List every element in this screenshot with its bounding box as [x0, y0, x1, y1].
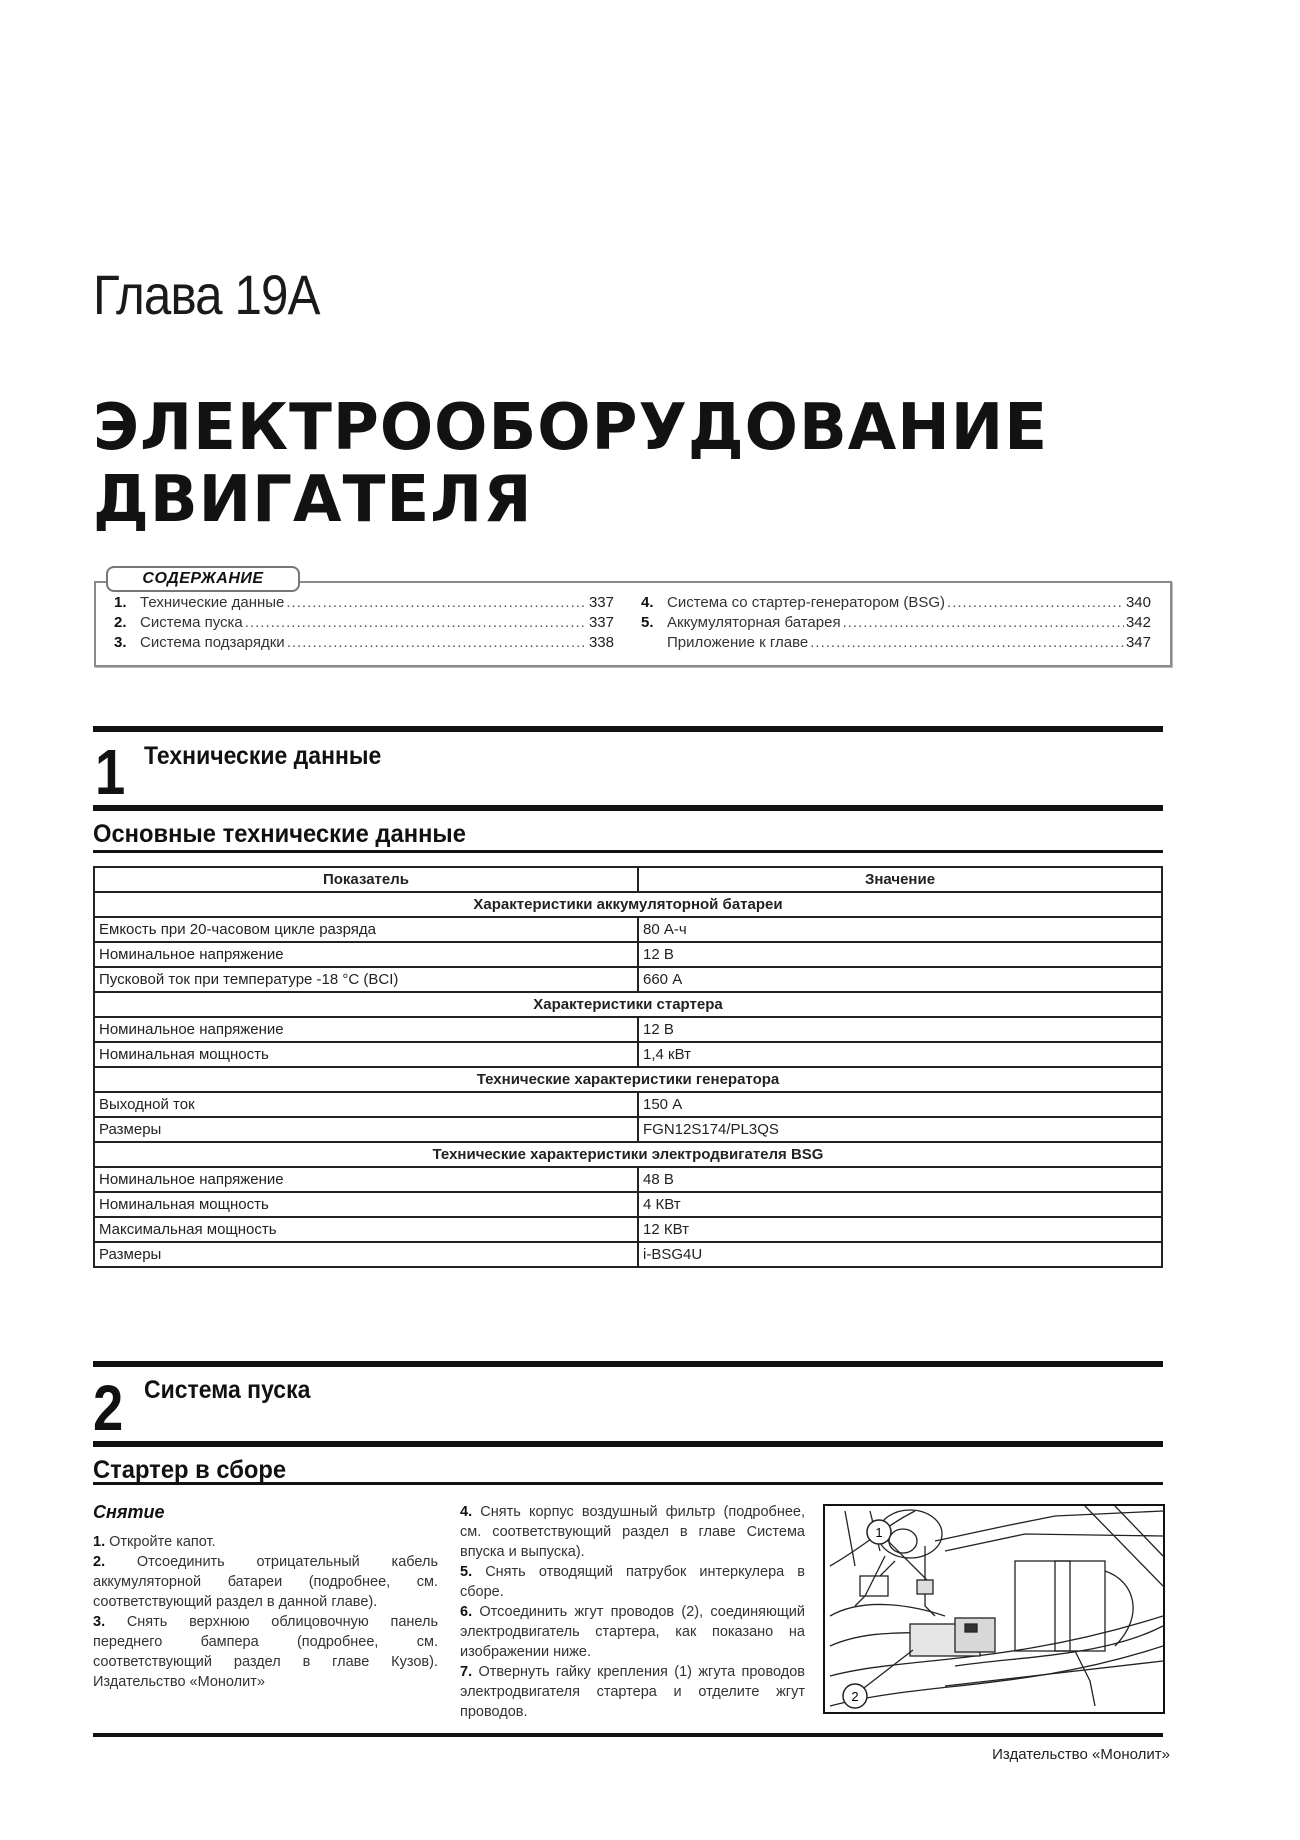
chapter-label: Глава 19A [93, 262, 320, 327]
section2-number: 2 [93, 1376, 123, 1440]
table-group-row: Технические характеристики генератора [94, 1067, 1162, 1092]
table-cell-value: 4 КВт [638, 1192, 1162, 1217]
step-text: Отвернуть гайку крепления (1) жгута пров… [460, 1664, 805, 1720]
callout-2: 2 [851, 1689, 858, 1704]
table-row: Номинальная мощность1,4 кВт [94, 1042, 1162, 1067]
callout-1: 1 [875, 1525, 882, 1540]
section1-subtitle: Основные технические данные [93, 820, 466, 849]
toc-right-column: 4.Система со стартер-генератором (BSG)34… [641, 593, 1151, 653]
section1-bottom-rule [93, 805, 1163, 811]
chapter-title: ЭЛЕКТРООБОРУДОВАНИЕ ДВИГАТЕЛЯ [93, 392, 1048, 536]
step-number: 4. [460, 1504, 472, 1520]
table-row: Номинальная мощность4 КВт [94, 1192, 1162, 1217]
section1-top-rule [93, 726, 1163, 732]
removal-step: 7. Отвернуть гайку крепления (1) жгута п… [460, 1662, 805, 1722]
removal-step: 2. Отсоединить отрицательный кабель акку… [93, 1552, 438, 1612]
table-group-title: Технические характеристики генератора [94, 1067, 1162, 1092]
toc-item[interactable]: 3.Система подзарядки338 [114, 633, 614, 653]
toc-leader-dots [810, 633, 1124, 653]
section2-subtitle-rule [93, 1482, 1163, 1485]
toc-item[interactable]: 2.Система пуска337 [114, 613, 614, 633]
step-text: Откройте капот. [109, 1534, 215, 1550]
toc-heading: СОДЕРЖАНИЕ [106, 566, 300, 592]
table-row: Выходной ток150 А [94, 1092, 1162, 1117]
table-cell-value: 48 В [638, 1167, 1162, 1192]
step-text: Отсоединить отрицательный кабель аккумул… [93, 1554, 438, 1610]
removal-steps-right: 4. Снять корпус воздушный фильтр (подроб… [460, 1502, 805, 1722]
toc-item[interactable]: Приложение к главе347 [641, 633, 1151, 653]
table-row: Размерыi-BSG4U [94, 1242, 1162, 1267]
step-number: 6. [460, 1604, 472, 1620]
table-cell-value: 12 КВт [638, 1217, 1162, 1242]
table-cell-parameter: Номинальная мощность [94, 1042, 638, 1067]
step-text: Отсоединить жгут проводов (2), соединяющ… [460, 1604, 805, 1660]
step-number: 3. [93, 1614, 105, 1630]
step-text: Снять отводящий патрубок интеркулера в с… [460, 1564, 805, 1600]
table-cell-parameter: Пусковой ток при температуре -18 °С (BCI… [94, 967, 638, 992]
toc-leader-dots [947, 593, 1124, 613]
table-cell-value: 150 А [638, 1092, 1162, 1117]
table-cell-value: 80 А-ч [638, 917, 1162, 942]
table-cell-parameter: Номинальная мощность [94, 1192, 638, 1217]
toc-item[interactable]: 4.Система со стартер-генератором (BSG)34… [641, 593, 1151, 613]
toc-leader-dots [245, 613, 587, 633]
step-text: Снять корпус воздушный фильтр (подробнее… [460, 1504, 805, 1560]
toc-left-column: 1.Технические данные3372.Система пуска33… [114, 593, 614, 653]
step-number: 2. [93, 1554, 105, 1570]
table-row: Номинальное напряжение12 В [94, 942, 1162, 967]
toc-item-page: 337 [589, 613, 614, 633]
chapter-title-line2: ДВИГАТЕЛЯ [93, 464, 1048, 536]
toc-item-number: 1. [114, 593, 140, 613]
toc-item-number: 4. [641, 593, 667, 613]
step-number: 7. [460, 1664, 472, 1680]
toc-item-title: Аккумуляторная батарея [667, 613, 841, 633]
table-cell-value: 660 А [638, 967, 1162, 992]
section2-subtitle: Стартер в сборе [93, 1456, 286, 1485]
footer-rule [93, 1733, 1163, 1737]
table-cell-parameter: Номинальное напряжение [94, 1017, 638, 1042]
table-group-title: Характеристики стартера [94, 992, 1162, 1017]
table-row: Максимальная мощность12 КВт [94, 1217, 1162, 1242]
table-cell-value: 12 В [638, 1017, 1162, 1042]
table-cell-parameter: Выходной ток [94, 1092, 638, 1117]
section1-subtitle-rule [93, 850, 1163, 853]
section1-title: Технические данные [144, 742, 381, 771]
toc-item-number: 5. [641, 613, 667, 633]
table-row: РазмерыFGN12S174/PL3QS [94, 1117, 1162, 1142]
table-cell-parameter: Размеры [94, 1117, 638, 1142]
section1-number: 1 [95, 740, 125, 804]
table-cell-value: 12 В [638, 942, 1162, 967]
table-row: Номинальное напряжение48 В [94, 1167, 1162, 1192]
removal-step: 5. Снять отводящий патрубок интеркулера … [460, 1562, 805, 1602]
step-number: 1. [93, 1534, 105, 1550]
toc-box: 1.Технические данные3372.Система пуска33… [94, 581, 1172, 667]
toc-item-title: Система со стартер-генератором (BSG) [667, 593, 945, 613]
toc-leader-dots [286, 593, 587, 613]
table-cell-value: i-BSG4U [638, 1242, 1162, 1267]
step-text: Снять верхнюю облицовочную панель передн… [93, 1614, 438, 1690]
table-row: Номинальное напряжение12 В [94, 1017, 1162, 1042]
removal-step: 3. Снять верхнюю облицовочную панель пер… [93, 1612, 438, 1692]
section2-title: Система пуска [144, 1376, 310, 1405]
footer-publisher: Издательство «Монолит» [992, 1746, 1170, 1763]
starter-figure: 1 2 [823, 1504, 1165, 1714]
toc-item-title: Технические данные [140, 593, 284, 613]
section2-bottom-rule [93, 1441, 1163, 1447]
table-cell-value: FGN12S174/PL3QS [638, 1117, 1162, 1142]
table-cell-parameter: Номинальное напряжение [94, 1167, 638, 1192]
section2-top-rule [93, 1361, 1163, 1367]
toc-item-title: Система подзарядки [140, 633, 285, 653]
removal-step: 1. Откройте капот. [93, 1532, 438, 1552]
table-row: Емкость при 20-часовом цикле разряда80 А… [94, 917, 1162, 942]
toc-item-page: 340 [1126, 593, 1151, 613]
starter-illustration: 1 2 [825, 1506, 1163, 1712]
removal-heading: Снятие [93, 1502, 438, 1522]
table-group-row: Характеристики стартера [94, 992, 1162, 1017]
table-cell-value: 1,4 кВт [638, 1042, 1162, 1067]
toc-item-page: 337 [589, 593, 614, 613]
table-cell-parameter: Емкость при 20-часовом цикле разряда [94, 917, 638, 942]
toc-leader-dots [843, 613, 1124, 633]
toc-leader-dots [287, 633, 587, 653]
toc-item-number: 3. [114, 633, 140, 653]
table-header-parameter: Показатель [94, 867, 638, 892]
removal-step: 6. Отсоединить жгут проводов (2), соедин… [460, 1602, 805, 1662]
table-cell-parameter: Номинальное напряжение [94, 942, 638, 967]
table-cell-parameter: Размеры [94, 1242, 638, 1267]
toc-item-page: 342 [1126, 613, 1151, 633]
toc-item[interactable]: 5.Аккумуляторная батарея342 [641, 613, 1151, 633]
table-group-title: Технические характеристики электродвигат… [94, 1142, 1162, 1167]
toc-item-page: 347 [1126, 633, 1151, 653]
removal-step: 4. Снять корпус воздушный фильтр (подроб… [460, 1502, 805, 1562]
spec-table: Показатель Значение Характеристики аккум… [93, 866, 1163, 1268]
removal-steps-left: Снятие 1. Откройте капот.2. Отсоединить … [93, 1502, 438, 1692]
table-header-value: Значение [638, 867, 1162, 892]
table-group-row: Характеристики аккумуляторной батареи [94, 892, 1162, 917]
table-group-row: Технические характеристики электродвигат… [94, 1142, 1162, 1167]
toc-item-number: 2. [114, 613, 140, 633]
toc-item[interactable]: 1.Технические данные337 [114, 593, 614, 613]
table-row: Пусковой ток при температуре -18 °С (BCI… [94, 967, 1162, 992]
step-number: 5. [460, 1564, 472, 1580]
table-header-row: Показатель Значение [94, 867, 1162, 892]
toc-item-page: 338 [589, 633, 614, 653]
table-cell-parameter: Максимальная мощность [94, 1217, 638, 1242]
toc-item-title: Система пуска [140, 613, 243, 633]
table-group-title: Характеристики аккумуляторной батареи [94, 892, 1162, 917]
toc-item-title: Приложение к главе [667, 633, 808, 653]
chapter-title-line1: ЭЛЕКТРООБОРУДОВАНИЕ [93, 392, 1048, 464]
